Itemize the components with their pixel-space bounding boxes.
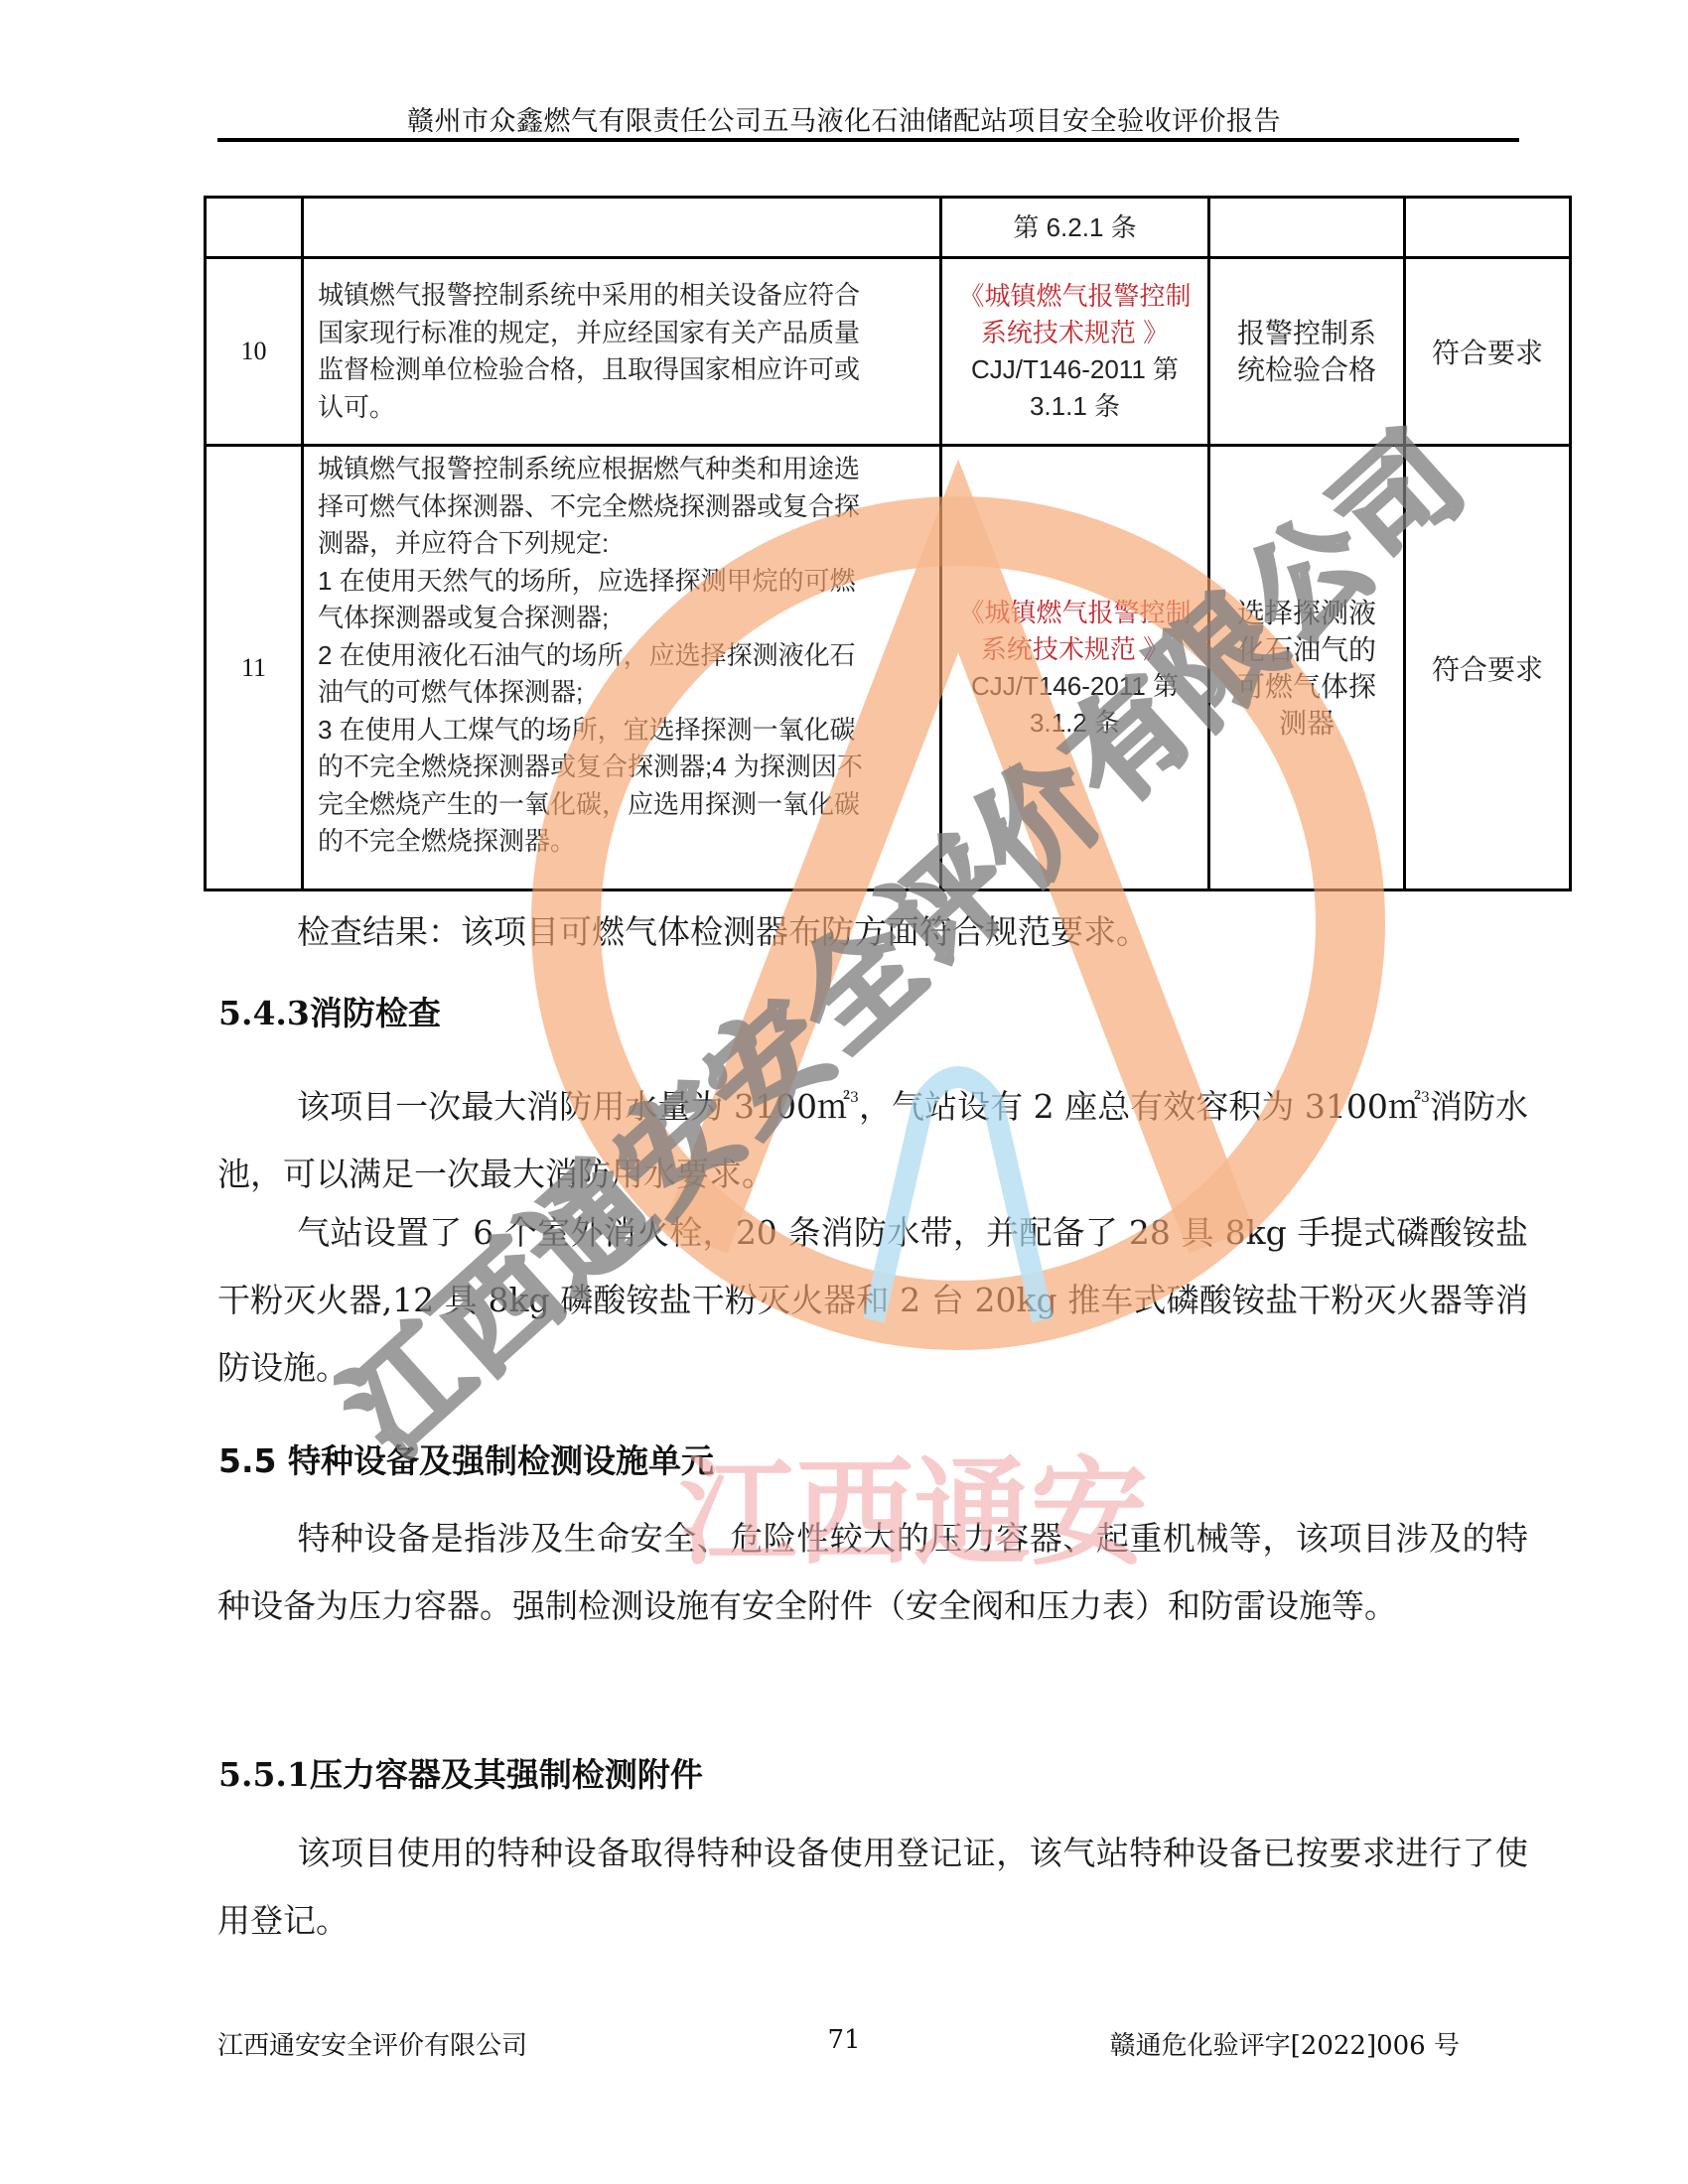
registration-paragraph: 该项目使用的特种设备取得特种设备使用登记证，该气站特种设备已按要求进行了使用登记… <box>217 1820 1528 1955</box>
status-line: 报警控制系 <box>1224 315 1389 351</box>
text-run: 该项目一次最大消防用水量为 3100㎡ <box>297 1087 850 1126</box>
status-line: 可燃气体探 <box>1224 668 1389 705</box>
status-line: 化石油气的 <box>1224 631 1389 668</box>
text-run: 特种设备是指涉及生命安全、危险性较大的压力容器、起重机械等，该项目涉及的特种设备… <box>217 1519 1528 1625</box>
status-line: 测器 <box>1224 705 1389 742</box>
check-result-paragraph: 检查结果：该项目可燃气体检测器布防方面符合规范要求。 <box>217 898 1528 966</box>
table-row: 第 6.2.1 条 <box>206 198 1571 258</box>
requirement-line: 城镇燃气报警控制系统中采用的相关设备应符合 <box>318 277 925 315</box>
text-run: ，气站设有 2 座总有效容积为 3100㎡ <box>859 1087 1421 1126</box>
standard-name: 《城镇燃气报警控制 <box>956 595 1194 631</box>
requirement-line: 完全燃烧产生的一氧化碳，应选用探测一氧化碳 <box>318 786 925 824</box>
row-number: 10 <box>206 258 303 446</box>
special-equipment-paragraph: 特种设备是指涉及生命安全、危险性较大的压力容器、起重机械等，该项目涉及的特种设备… <box>217 1505 1528 1640</box>
standard-code: CJJ/T146-2011 第 <box>956 351 1194 388</box>
superscript: 3 <box>1421 1090 1430 1106</box>
status-cell: 报警控制系 统检验合格 <box>1209 258 1405 446</box>
requirement-line: 国家现行标准的规定，并应经国家有关产品质量 <box>318 315 925 352</box>
requirement-line: 2 在使用液化石油气的场所，应选择探测液化石 <box>318 637 925 675</box>
document-header-title: 赣州市众鑫燃气有限责任公司五马液化石油储配站项目安全验收评价报告 <box>0 99 1688 138</box>
basis-cell: 《城镇燃气报警控制 系统技术规范 》 CJJ/T146-2011 第 3.1.1… <box>941 258 1209 446</box>
requirement-line: 的不完全燃烧探测器或复合探测器;4 为探测因不 <box>318 749 925 786</box>
check-result-text: 检查结果：该项目可燃气体检测器布防方面符合规范要求。 <box>297 912 1149 951</box>
requirement-line: 认可。 <box>318 389 925 427</box>
requirement-line: 油气的可燃气体探测器; <box>318 674 925 712</box>
row-number <box>206 198 303 258</box>
requirement-line: 3 在使用人工煤气的场所，宜选择探测一氧化碳 <box>318 712 925 750</box>
section-heading-5-5: 5.5 特种设备及强制检测设施单元 <box>218 1435 714 1482</box>
section-heading-5-5-1: 5.5.1压力容器及其强制检测附件 <box>218 1749 703 1796</box>
status-line: 选择探测液 <box>1224 595 1389 631</box>
inspection-table: 第 6.2.1 条 10 城镇燃气报警控制系统中采用的相关设备应符合 国家现行标… <box>204 196 1572 891</box>
requirement-line: 的不完全燃烧探测器。 <box>318 823 925 861</box>
row-number: 11 <box>206 446 303 890</box>
basis-clause: 3.1.1 条 <box>956 388 1194 425</box>
table-row: 11 城镇燃气报警控制系统应根据燃气种类和用途选 择可燃气体探测器、不完全燃烧探… <box>206 446 1571 890</box>
status-line: 统检验合格 <box>1224 351 1389 388</box>
requirement-line: 城镇燃气报警控制系统应根据燃气种类和用途选 <box>318 451 925 488</box>
table-row: 10 城镇燃气报警控制系统中采用的相关设备应符合 国家现行标准的规定，并应经国家… <box>206 258 1571 446</box>
requirement-line: 监督检测单位检验合格，且取得国家相应许可或 <box>318 351 925 389</box>
result-cell: 符合要求 <box>1405 258 1571 446</box>
standard-code: CJJ/T146-2011 第 <box>956 668 1194 705</box>
basis-clause: 第 6.2.1 条 <box>1013 212 1136 242</box>
requirement-line: 气体探测器或复合探测器; <box>318 600 925 637</box>
result-cell: 符合要求 <box>1405 446 1571 890</box>
basis-cell: 第 6.2.1 条 <box>941 198 1209 258</box>
status-cell <box>1209 198 1405 258</box>
header-divider <box>217 138 1519 142</box>
requirement-line: 测器，并应符合下列规定: <box>318 525 925 563</box>
text-run: 该项目使用的特种设备取得特种设备使用登记证，该气站特种设备已按要求进行了使用登记… <box>217 1834 1528 1940</box>
fire-equipment-paragraph: 气站设置了 6 个室外消火栓，20 条消防水带，并配备了 28 具 8kg 手提… <box>217 1199 1528 1402</box>
requirement-cell: 城镇燃气报警控制系统中采用的相关设备应符合 国家现行标准的规定，并应经国家有关产… <box>303 258 941 446</box>
section-heading-5-4-3: 5.4.3消防检查 <box>218 988 441 1034</box>
standard-name: 《城镇燃气报警控制 <box>956 278 1194 315</box>
standard-name: 系统技术规范 》 <box>956 631 1194 668</box>
result-cell <box>1405 198 1571 258</box>
fire-water-paragraph: 该项目一次最大消防用水量为 3100㎡3，气站设有 2 座总有效容积为 3100… <box>217 1064 1528 1208</box>
superscript: 3 <box>850 1090 859 1106</box>
basis-clause: 3.1.2 条 <box>956 705 1194 742</box>
requirement-cell: 城镇燃气报警控制系统应根据燃气种类和用途选 择可燃气体探测器、不完全燃烧探测器或… <box>303 446 941 890</box>
requirement-line: 择可燃气体探测器、不完全燃烧探测器或复合探 <box>318 488 925 526</box>
status-cell: 选择探测液 化石油气的 可燃气体探 测器 <box>1209 446 1405 890</box>
footer-doc-number: 赣通危化验评字[2022]006 号 <box>1110 2025 1460 2062</box>
basis-cell: 《城镇燃气报警控制 系统技术规范 》 CJJ/T146-2011 第 3.1.2… <box>941 446 1209 890</box>
requirement-line: 1 在使用天然气的场所，应选择探测甲烷的可燃 <box>318 563 925 601</box>
text-run: 气站设置了 6 个室外消火栓，20 条消防水带，并配备了 28 具 8kg 手提… <box>217 1213 1528 1387</box>
requirement-cell <box>303 198 941 258</box>
standard-name: 系统技术规范 》 <box>956 315 1194 351</box>
